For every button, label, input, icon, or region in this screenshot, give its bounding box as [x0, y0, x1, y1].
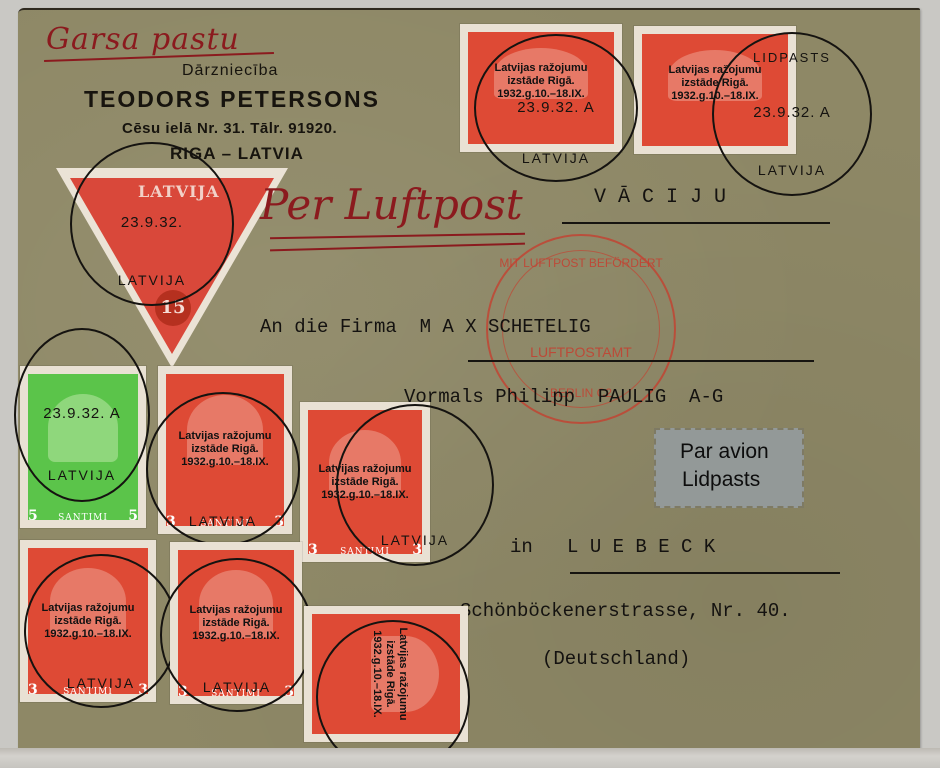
- letterhead-name: TEODORS PETERSONS: [84, 86, 380, 113]
- postmark: 23.9.32. LATVIJA: [70, 142, 234, 306]
- destination-country: V Ā C I J U: [594, 186, 726, 209]
- postmark: 23.9.32. A LATVIJA: [14, 328, 150, 502]
- airmail-label: Par avion Lidpasts: [654, 428, 804, 508]
- underline: [570, 572, 840, 574]
- album-mount-edge: [0, 748, 940, 768]
- address-line-4: Schönböckenerstrasse, Nr. 40.: [460, 600, 791, 622]
- envelope: Garsa pastu Dārzniecība TEODORS PETERSON…: [18, 8, 920, 750]
- address-line-5: (Deutschland): [542, 648, 690, 670]
- postmark: LATVIJA: [146, 392, 300, 546]
- handwritten-per-luftpost: Per Luftpost: [260, 180, 523, 229]
- address-line-3: in L U E B E C K: [510, 536, 715, 558]
- letterhead-address: Cēsu ielā Nr. 31. Tālr. 91920.: [122, 120, 337, 137]
- postmark: [316, 620, 470, 768]
- postmark: LATVIJA: [160, 558, 314, 712]
- underline: [562, 222, 830, 224]
- underline: [270, 233, 525, 239]
- underline: [270, 243, 525, 252]
- handwritten-garsa-pastu: Garsa pastu: [46, 22, 240, 57]
- postmark: LATVIJA: [24, 554, 178, 708]
- letterhead-subtitle: Dārzniecība: [182, 62, 278, 80]
- address-line-2: Vormals Philipp PAULIG A-G: [404, 386, 723, 408]
- underline: [468, 360, 814, 362]
- postmark: LATVIJA: [336, 404, 494, 566]
- address-line-1: An die Firma M A X SCHETELIG: [260, 316, 591, 338]
- postmark: 23.9.32. A LATVIJA: [474, 34, 638, 182]
- postmark: LIDPASTS 23.9.32. A LATVIJA: [712, 32, 872, 196]
